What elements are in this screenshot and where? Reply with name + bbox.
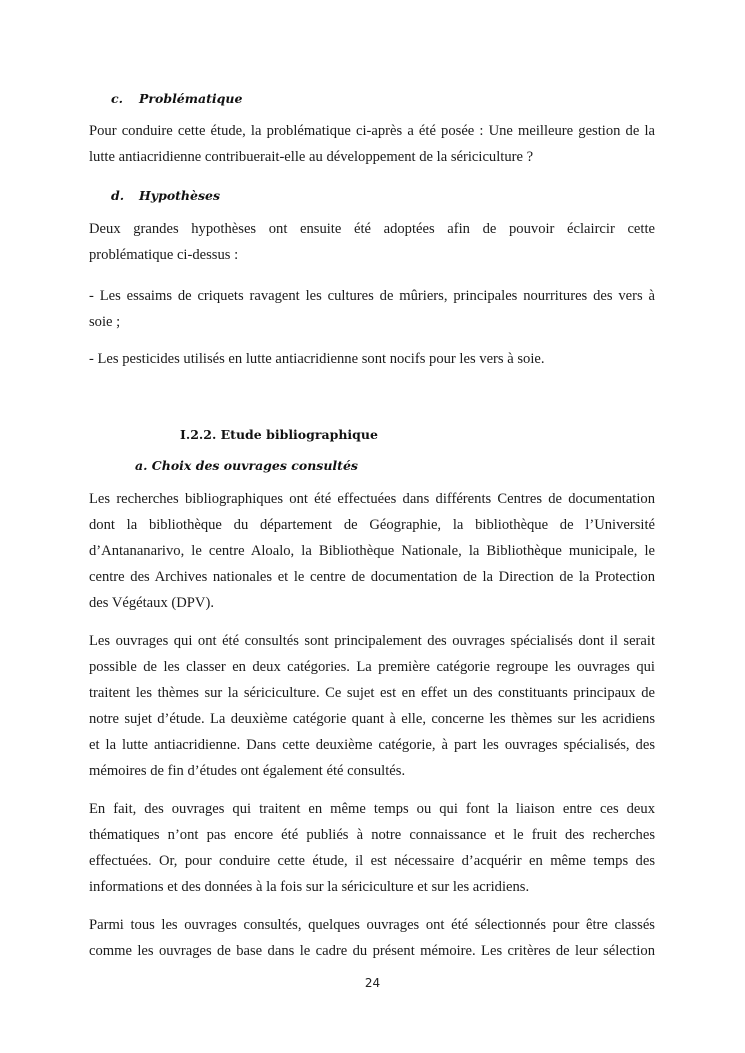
text-line: Pour conduire cette étude, la problémati… (89, 118, 655, 144)
heading-etude-bibliographique: I.2.2. Etude bibliographique (180, 427, 378, 442)
text-line: possible de les classer en deux catégori… (89, 654, 655, 680)
document-page: c.Problématique Pour conduire cette étud… (0, 0, 745, 1053)
heading-problematique: c.Problématique (111, 91, 242, 106)
paragraph-ouvrages: Les ouvrages qui ont été consultés sont … (89, 628, 655, 784)
text-line: thématiques n’ont pas encore été publiés… (89, 822, 655, 848)
heading-marker: d. (111, 188, 139, 203)
text-line: notre sujet d’étude. La deuxième catégor… (89, 706, 655, 732)
text-line: d’Antananarivo, le centre Aloalo, la Bib… (89, 538, 655, 564)
text-line: dont la bibliothèque du département de G… (89, 512, 655, 538)
heading-title: Hypothèses (139, 188, 220, 203)
text-line: Parmi tous les ouvrages consultés, quelq… (89, 912, 655, 938)
text-line: centre des Archives nationales et le cen… (89, 564, 655, 590)
hypothesis-1: - Les essaims de criquets ravagent les c… (89, 283, 655, 335)
heading-title: Problématique (139, 91, 242, 106)
hypothesis-2: - Les pesticides utilisés en lutte antia… (89, 346, 545, 372)
heading-hypotheses: d.Hypothèses (111, 188, 220, 203)
text-line: problématique ci-dessus : (89, 242, 655, 268)
text-line: Deux grandes hypothèses ont ensuite été … (89, 216, 655, 242)
paragraph-recherches: Les recherches bibliographiques ont été … (89, 486, 655, 616)
text-line: des Végétaux (DPV). (89, 590, 655, 616)
text-line: Les ouvrages qui ont été consultés sont … (89, 628, 655, 654)
paragraph-en-fait: En fait, des ouvrages qui traitent en mê… (89, 796, 655, 900)
text-line: comme les ouvrages de base dans le cadre… (89, 938, 655, 964)
text-line: En fait, des ouvrages qui traitent en mê… (89, 796, 655, 822)
paragraph-hypotheses-intro: Deux grandes hypothèses ont ensuite été … (89, 216, 655, 268)
text-line: informations et des données à la fois su… (89, 874, 655, 900)
heading-marker: c. (111, 91, 139, 106)
text-line: mémoires de fin d’études ont également é… (89, 758, 655, 784)
text-line: traitent les thèmes sur la sériciculture… (89, 680, 655, 706)
text-line: soie ; (89, 309, 655, 335)
text-line: Les recherches bibliographiques ont été … (89, 486, 655, 512)
page-number: 24 (0, 976, 745, 990)
text-line: - Les essaims de criquets ravagent les c… (89, 283, 655, 309)
paragraph-problematique: Pour conduire cette étude, la problémati… (89, 118, 655, 170)
text-line: et la lutte antiacridienne. Dans cette d… (89, 732, 655, 758)
paragraph-parmi: Parmi tous les ouvrages consultés, quelq… (89, 912, 655, 964)
heading-choix-ouvrages: a. Choix des ouvrages consultés (135, 458, 358, 473)
text-line: lutte antiacridienne contribuerait-elle … (89, 144, 655, 170)
text-line: effectuées. Or, pour conduire cette étud… (89, 848, 655, 874)
